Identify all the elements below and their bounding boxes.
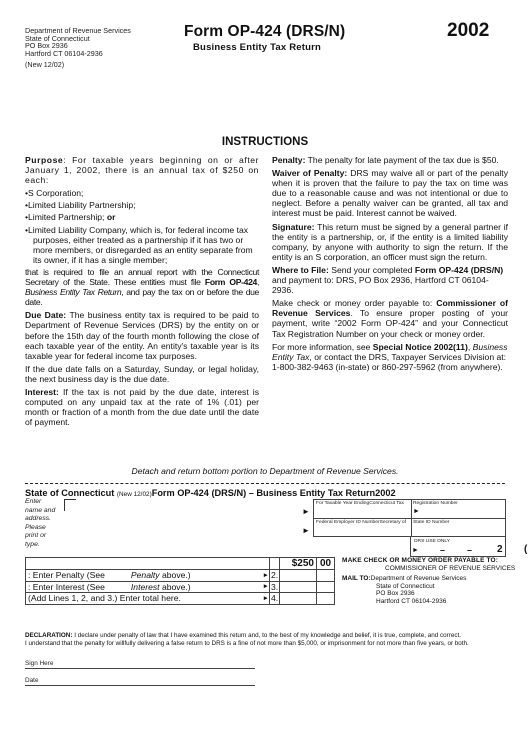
declaration: DECLARATION: I declare under penalty of …: [25, 632, 515, 647]
purpose-tail: that is required to file an annual repor…: [25, 267, 259, 307]
line-description: : Enter Interest (SeeInterest above.): [26, 581, 260, 593]
arrow-icon: ►: [260, 570, 270, 582]
id-fields-grid: For Taxable Year EndingConnecticut Tax R…: [313, 499, 506, 537]
make-check-payee: COMMISSIONER OF REVENUE SERVICES: [342, 565, 515, 573]
bullet-item: •Limited Liability Partnership;: [25, 200, 259, 210]
date-field[interactable]: Date: [25, 676, 255, 686]
ct-tax-registration-field[interactable]: Registration Number: [413, 501, 458, 506]
name-address-field[interactable]: [64, 499, 76, 511]
mail-to-line: State of Connecticut: [342, 583, 515, 591]
payment-instructions: MAKE CHECK OR MONEY ORDER PAYABLE TO: CO…: [342, 557, 515, 606]
arrow-icon: ►: [302, 508, 310, 516]
instructions-right-column: Penalty: The penalty for late payment of…: [272, 155, 508, 375]
total-amount-field[interactable]: [280, 593, 317, 605]
drs-dash: –: [467, 545, 472, 555]
more-info-paragraph: For more information, see Special Notice…: [272, 342, 508, 372]
fein-field[interactable]: Federal Employer ID NumberSecretary of: [316, 520, 406, 525]
table-row: (Add Lines 1, 2, and 3.) Enter total her…: [26, 593, 335, 605]
mail-to-line: Hartford CT 06104-2936: [342, 598, 515, 606]
signature-field[interactable]: Sign Here: [25, 659, 255, 669]
table-row: : Enter Penalty (SeePenalty above.) ► 2.: [26, 570, 335, 582]
line-description: [26, 558, 260, 570]
penalty-amount-field[interactable]: [280, 570, 317, 582]
where-to-file-paragraph: Where to File: Send your completed Form …: [272, 265, 508, 295]
bullet-item: •Limited Liability Company, which is, fo…: [25, 225, 259, 265]
line-description: : Enter Penalty (SeePenalty above.): [26, 570, 260, 582]
mail-to-line: PO Box 2936: [342, 590, 515, 598]
drs-digit: 2: [497, 544, 503, 555]
line-number: 2.: [269, 570, 279, 582]
signature-paragraph: Signature: This return must be signed by…: [272, 222, 508, 262]
total-cents-field[interactable]: [317, 593, 335, 605]
drs-use-only-label: DRS USE ONLY: [414, 539, 450, 544]
line-1-cents[interactable]: 00: [317, 558, 335, 570]
bullet-item: •Limited Partnership; or: [25, 212, 259, 222]
make-check-header: MAKE CHECK OR MONEY ORDER PAYABLE TO:: [342, 557, 515, 565]
interest-amount-field[interactable]: [280, 581, 317, 593]
table-row: $250 00: [26, 558, 335, 570]
arrow-icon: ►: [413, 508, 420, 516]
drs-dash: –: [440, 545, 445, 555]
penalty-cents-field[interactable]: [317, 570, 335, 582]
line-number: 3.: [269, 581, 279, 593]
table-row: : Enter Interest (SeeInterest above.) ► …: [26, 581, 335, 593]
name-address-label: Enter name and address. Please print or …: [25, 498, 55, 550]
agency-address: Department of Revenue Services State of …: [25, 27, 131, 69]
holiday-paragraph: If the due date falls on a Saturday, Sun…: [25, 364, 259, 384]
interest-cents-field[interactable]: [317, 581, 335, 593]
tax-year: 2002: [447, 20, 489, 42]
drs-use-only-box: DRS USE ONLY ► – – 2: [410, 537, 506, 557]
purpose-label: Purpose: [25, 155, 63, 165]
arrow-icon: ►: [412, 547, 419, 555]
line-1-amount[interactable]: $250: [280, 558, 317, 570]
line-description: (Add Lines 1, 2, and 3.) Enter total her…: [26, 593, 260, 605]
purpose-paragraph: Purpose: For taxable years beginning on …: [25, 155, 259, 185]
due-date-paragraph: Due Date: The business entity tax is req…: [25, 310, 259, 360]
form-title: Form OP-424 (DRS/N): [184, 23, 345, 41]
taxable-year-ending-field[interactable]: For Taxable Year EndingConnecticut Tax: [316, 501, 404, 506]
waiver-paragraph: Waiver of Penalty: DRS may waive all or …: [272, 168, 508, 218]
coupon-header: State of Connecticut (New 12/02)Form OP-…: [25, 488, 396, 498]
form-subtitle: Business Entity Tax Return: [193, 42, 321, 53]
instructions-heading: INSTRUCTIONS: [0, 136, 530, 148]
detach-instruction: Detach and return bottom portion to Depa…: [0, 466, 530, 476]
arrow-icon: ►: [260, 581, 270, 593]
payable-paragraph: Make check or money order payable to: Co…: [272, 298, 508, 338]
arrow-icon: ►: [302, 527, 310, 535]
clipped-edge-glyph: (: [524, 544, 527, 555]
line-number: 4.: [269, 593, 279, 605]
detach-line: [25, 483, 505, 484]
sots-id-field[interactable]: State ID Number: [413, 520, 449, 525]
grid-divider: [411, 500, 412, 536]
mail-to-line: MAIL TO:Department of Revenue Services: [342, 575, 515, 583]
bullet-item: •S Corporation;: [25, 188, 259, 198]
arrow-icon: ►: [260, 593, 270, 605]
agency-line: Hartford CT 06104-2936: [25, 50, 131, 58]
penalty-paragraph: Penalty: The penalty for late payment of…: [272, 155, 508, 165]
grid-divider: [314, 518, 505, 519]
tax-lines-table: $250 00 : Enter Penalty (SeePenalty abov…: [25, 557, 335, 605]
interest-paragraph: Interest: If the tax is not paid by the …: [25, 387, 259, 427]
revision-date: (New 12/02): [25, 61, 131, 69]
instructions-left-column: Purpose: For taxable years beginning on …: [25, 155, 259, 430]
